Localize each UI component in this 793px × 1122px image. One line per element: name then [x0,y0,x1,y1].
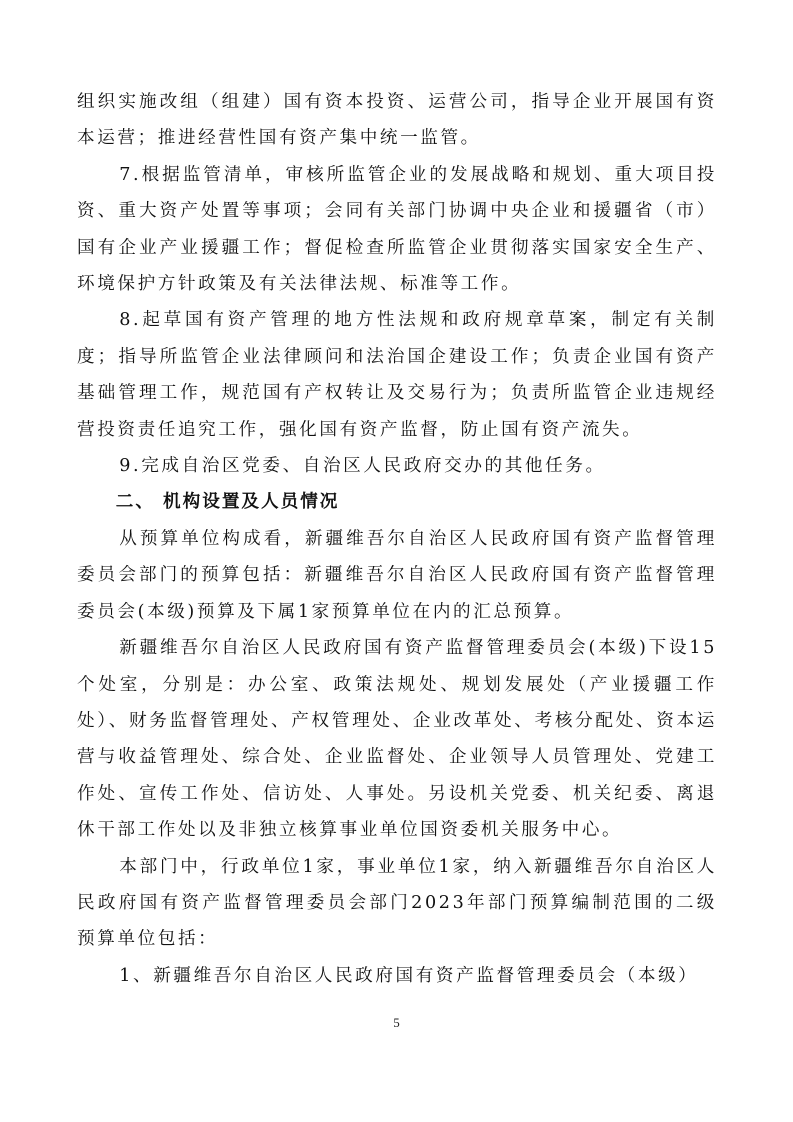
page-number: 5 [0,1015,793,1031]
paragraph-budget-composition: 从预算单位构成看，新疆维吾尔自治区人民政府国有资产监督管理委员会部门的预算包括：… [77,521,717,630]
page-body: 组织实施改组（组建）国有资本投资、运营公司，指导企业开展国有资本运营；推进经营性… [77,84,717,994]
section-heading: 二、 机构设置及人员情况 [77,484,717,520]
paragraph-item-8: 8.起草国有资产管理的地方性法规和政府规章草案，制定有关制度；指导所监管企业法律… [77,302,717,448]
document-page: 组织实施改组（组建）国有资本投资、运营公司，指导企业开展国有资本运营；推进经营性… [0,0,793,1122]
paragraph-units: 本部门中，行政单位1家，事业单位1家，纳入新疆维吾尔自治区人民政府国有资产监督管… [77,849,717,958]
paragraph-departments: 新疆维吾尔自治区人民政府国有资产监督管理委员会(本级)下设15个处室，分别是：办… [77,630,717,848]
paragraph-continuation: 组织实施改组（组建）国有资本投资、运营公司，指导企业开展国有资本运营；推进经营性… [77,84,717,157]
paragraph-unit-list-item-1: 1、新疆维吾尔自治区人民政府国有资产监督管理委员会（本级） [77,958,717,994]
paragraph-item-9: 9.完成自治区党委、自治区人民政府交办的其他任务。 [77,448,717,484]
paragraph-item-7: 7.根据监管清单，审核所监管企业的发展战略和规划、重大项目投资、重大资产处置等事… [77,157,717,303]
